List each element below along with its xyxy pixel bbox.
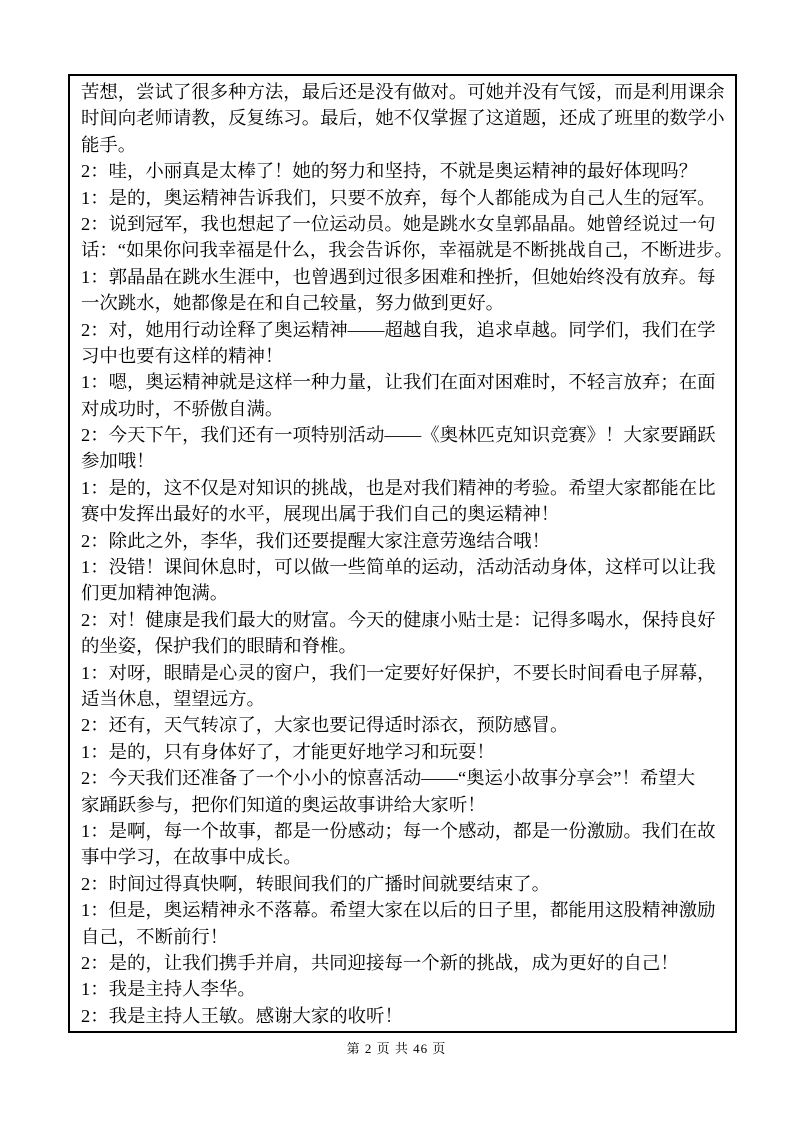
- page-number-footer: 第 2 页 共 46 页: [0, 1038, 793, 1057]
- script-text-box: 苦想，尝试了很多种方法，最后还是没有做对。可她并没有气馁，而是利用课余 时间向老…: [68, 74, 737, 1033]
- text-line: 参加哦！: [81, 448, 724, 474]
- text-line: 2：哇，小丽真是太棒了！她的努力和坚持，不就是奥运精神的最好体现吗？: [81, 158, 724, 184]
- text-line: 的坐姿，保护我们的眼睛和脊椎。: [81, 633, 724, 659]
- text-line: 2：对！健康是我们最大的财富。今天的健康小贴士是：记得多喝水，保持良好: [81, 607, 724, 633]
- text-line: 2：除此之外，李华，我们还要提醒大家注意劳逸结合哦！: [81, 528, 724, 554]
- text-line: 1：是的，奥运精神告诉我们，只要不放弃，每个人都能成为自己人生的冠军。: [81, 185, 724, 211]
- text-line: 1：郭晶晶在跳水生涯中，也曾遇到过很多困难和挫折，但她始终没有放弃。每: [81, 264, 724, 290]
- text-line: 1：是啊，每一个故事，都是一份感动；每一个感动，都是一份激励。我们在故: [81, 818, 724, 844]
- text-line: 习中也要有这样的精神！: [81, 343, 724, 369]
- text-line: 对成功时，不骄傲自满。: [81, 396, 724, 422]
- document-page: 苦想，尝试了很多种方法，最后还是没有做对。可她并没有气馁，而是利用课余 时间向老…: [0, 0, 793, 1122]
- text-line: 1：是的，这不仅是对知识的挑战，也是对我们精神的考验。希望大家都能在比: [81, 475, 724, 501]
- text-line: 1：对呀，眼睛是心灵的窗户，我们一定要好好保护，不要长时间看电子屏幕，: [81, 660, 724, 686]
- text-line: 们更加精神饱满。: [81, 580, 724, 606]
- text-line: 2：说到冠军，我也想起了一位运动员。她是跳水女皇郭晶晶。她曾经说过一句: [81, 211, 724, 237]
- text-line: 2：是的，让我们携手并肩，共同迎接每一个新的挑战，成为更好的自己！: [81, 950, 724, 976]
- text-line: 能手。: [81, 132, 724, 158]
- text-line: 2：对，她用行动诠释了奥运精神——超越自我，追求卓越。同学们，我们在学: [81, 317, 724, 343]
- text-line: 1：是的，只有身体好了，才能更好地学习和玩耍！: [81, 739, 724, 765]
- text-line: 1：我是主持人李华。: [81, 976, 724, 1002]
- text-line: 自己，不断前行！: [81, 924, 724, 950]
- text-line: 1：没错！课间休息时，可以做一些简单的运动，活动活动身体，这样可以让我: [81, 554, 724, 580]
- text-line: 家踊跃参与，把你们知道的奥运故事讲给大家听！: [81, 792, 724, 818]
- text-line: 2：时间过得真快啊，转眼间我们的广播时间就要结束了。: [81, 871, 724, 897]
- text-line: 赛中发挥出最好的水平，展现出属于我们自己的奥运精神！: [81, 501, 724, 527]
- text-line: 适当休息，望望远方。: [81, 686, 724, 712]
- text-line: 1：但是，奥运精神永不落幕。希望大家在以后的日子里，都能用这股精神激励: [81, 897, 724, 923]
- text-line: 苦想，尝试了很多种方法，最后还是没有做对。可她并没有气馁，而是利用课余: [81, 79, 724, 105]
- text-line: 2：今天下午，我们还有一项特别活动——《奥林匹克知识竞赛》！大家要踊跃: [81, 422, 724, 448]
- text-line: 2：今天我们还准备了一个小小的惊喜活动——“奥运小故事分享会”！希望大: [81, 765, 724, 791]
- text-line: 事中学习，在故事中成长。: [81, 844, 724, 870]
- text-line: 2：还有，天气转凉了，大家也要记得适时添衣，预防感冒。: [81, 712, 724, 738]
- text-line: 时间向老师请教，反复练习。最后，她不仅掌握了这道题，还成了班里的数学小: [81, 105, 724, 131]
- text-line: 1：嗯，奥运精神就是这样一种力量，让我们在面对困难时，不轻言放弃；在面: [81, 369, 724, 395]
- text-line: 一次跳水，她都像是在和自己较量，努力做到更好。: [81, 290, 724, 316]
- text-line: 话：“如果你问我幸福是什么，我会告诉你，幸福就是不断挑战自己，不断进步。”: [81, 237, 724, 263]
- text-line: 2：我是主持人王敏。感谢大家的收听！: [81, 1003, 724, 1029]
